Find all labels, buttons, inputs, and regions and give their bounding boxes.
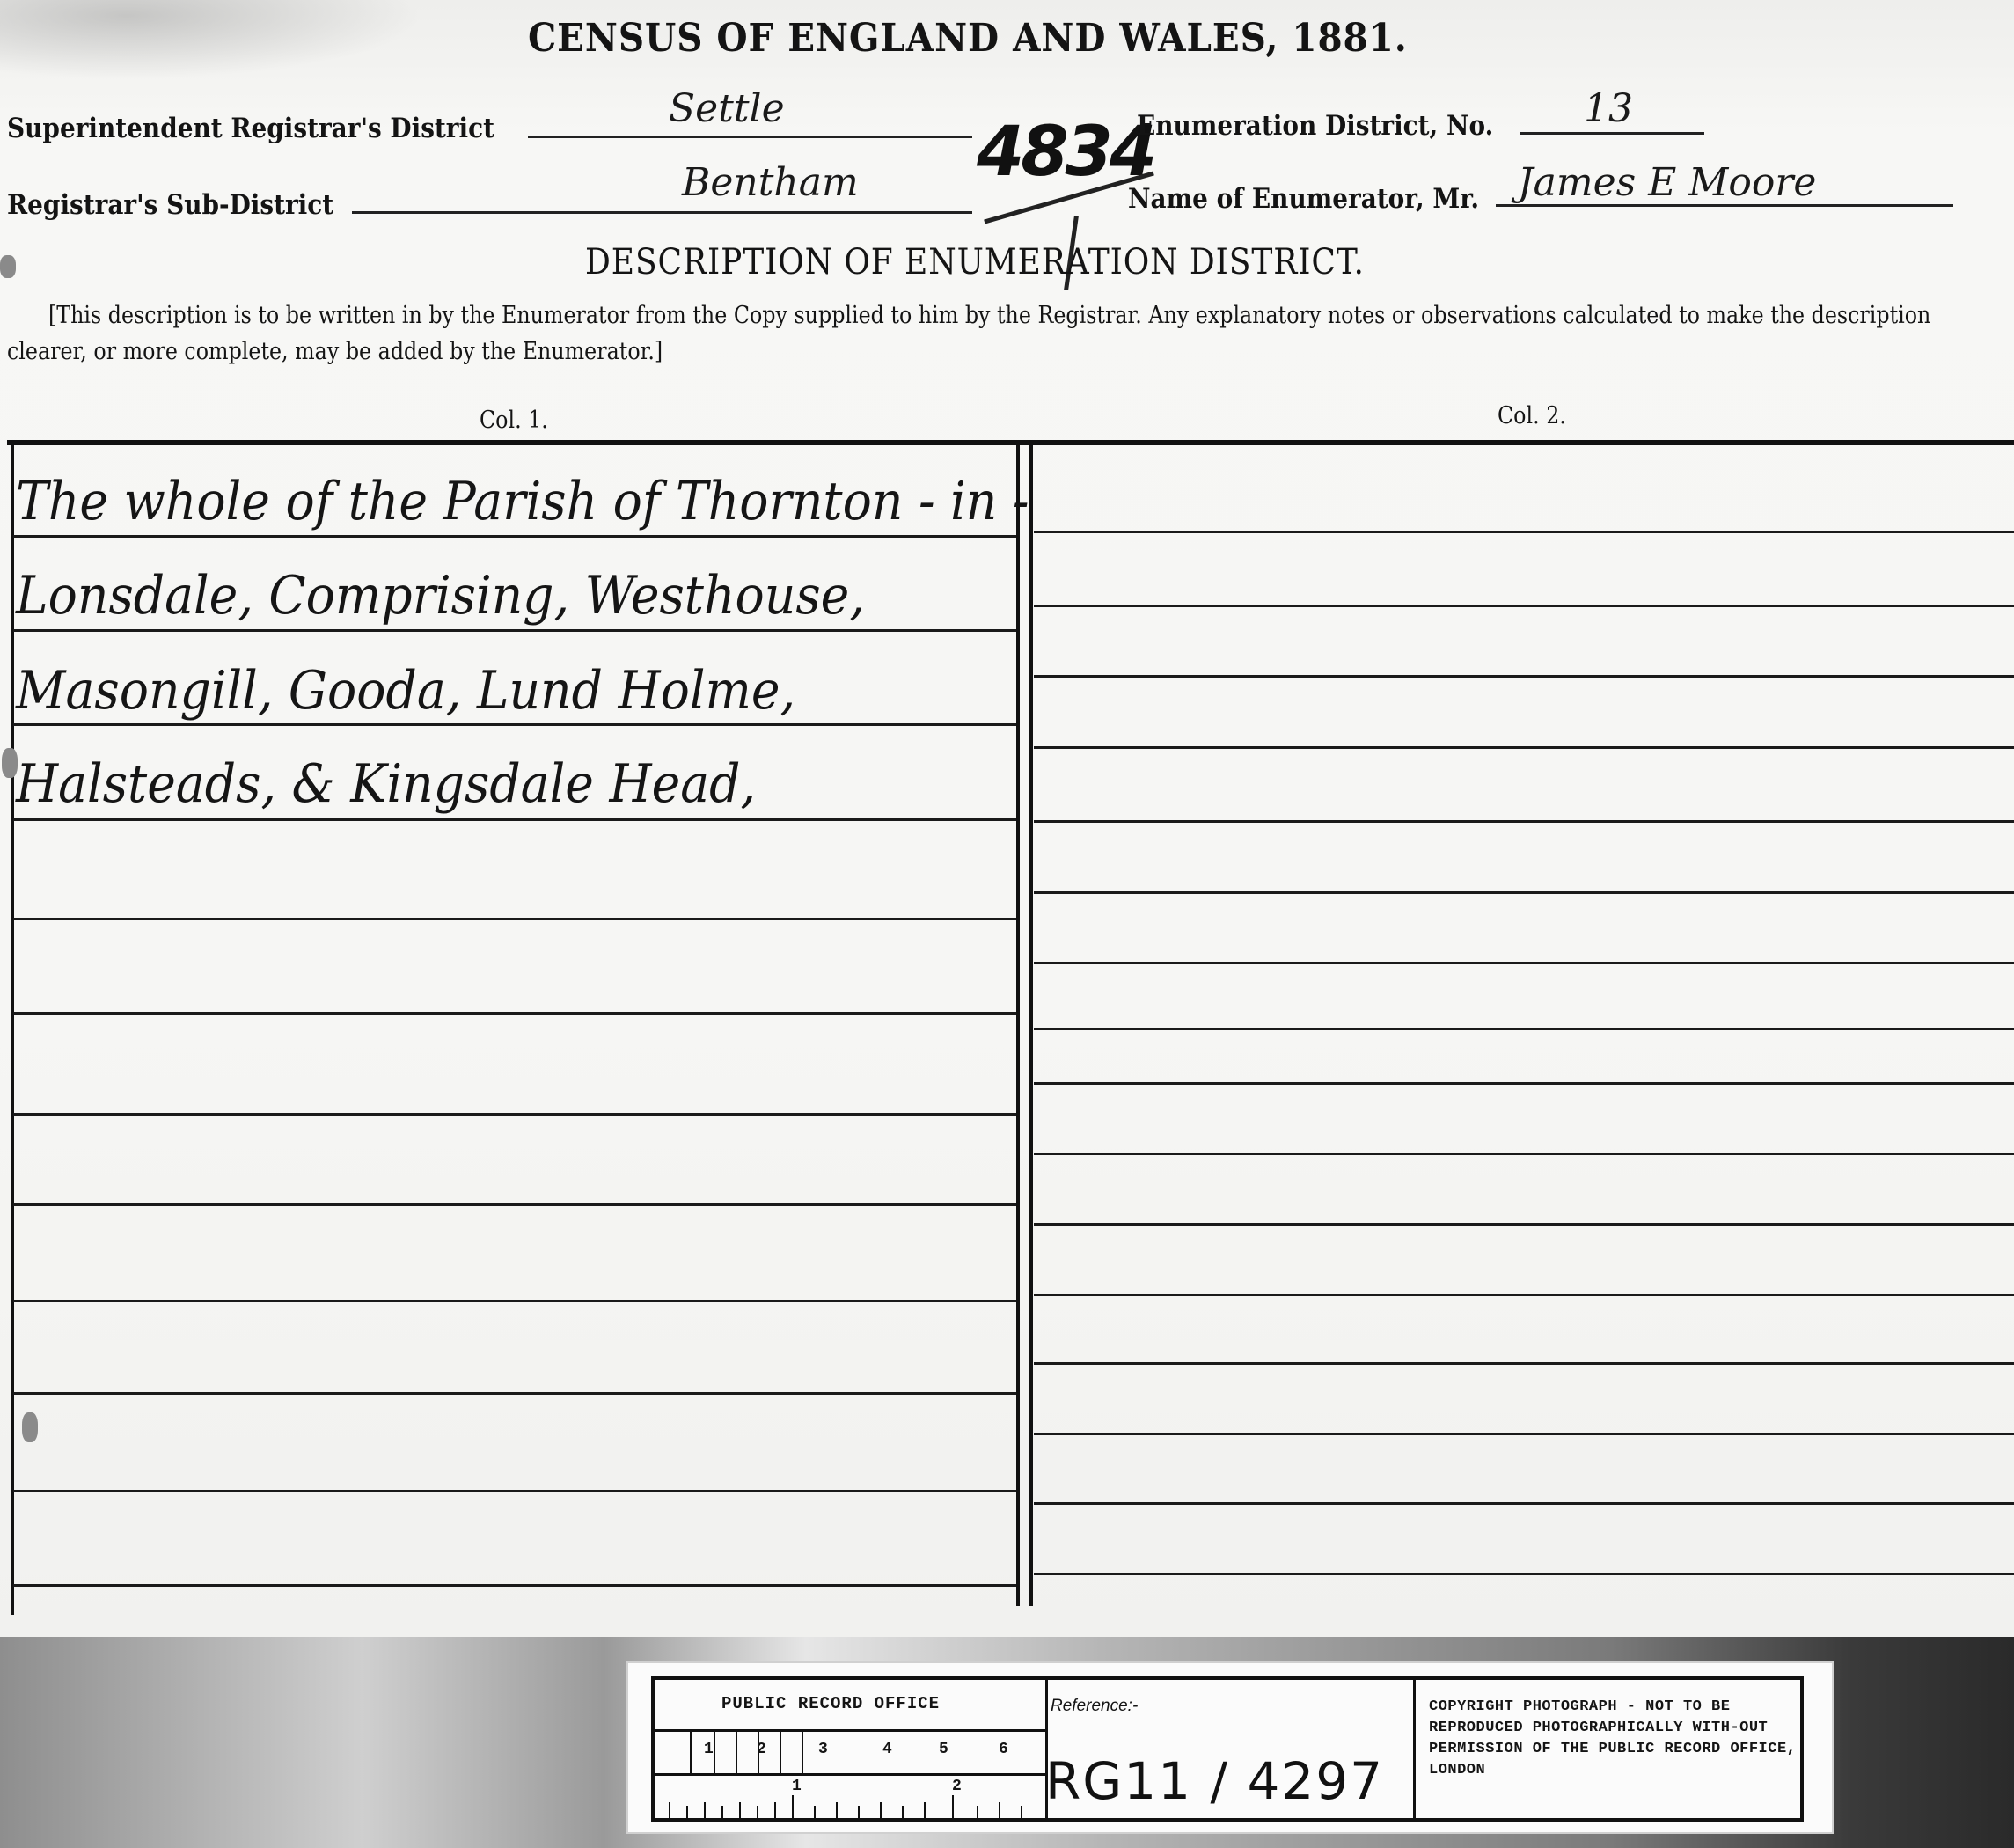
enumerator-label: Name of Enumerator, Mr.	[1128, 183, 1479, 215]
col2-rule	[1034, 891, 2014, 894]
scale-number: 2	[757, 1741, 766, 1758]
instructions-line-1: [This description is to be written in by…	[48, 302, 1930, 329]
col2-rule	[1034, 675, 2014, 678]
superintendent-district-underline	[528, 136, 972, 138]
table-top-rule	[7, 440, 2014, 445]
col2-rule	[1034, 1028, 2014, 1030]
col2-rule	[1034, 1502, 2014, 1505]
ruler-number: 1	[792, 1778, 802, 1795]
col1-rule	[13, 1392, 1016, 1395]
ruler-tick	[739, 1802, 741, 1818]
label-divider	[1413, 1680, 1416, 1818]
binding-tab	[2, 748, 18, 778]
col1-entry: Halsteads, & Kingsdale Head,	[16, 753, 756, 815]
scale-divider	[802, 1730, 803, 1774]
ruler-tick	[669, 1802, 670, 1818]
binding-tab	[0, 255, 16, 278]
col2-rule	[1034, 962, 2014, 964]
col2-rule	[1034, 1082, 2014, 1085]
office-title: PUBLIC RECORD OFFICE	[721, 1694, 940, 1713]
copyright-notice: COPYRIGHT PHOTOGRAPH - NOT TO BE REPRODU…	[1429, 1697, 1798, 1781]
scale-divider	[714, 1730, 715, 1774]
ruler-tick	[836, 1802, 838, 1818]
subdistrict-label: Registrar's Sub-District	[7, 189, 333, 221]
ruler-tick	[686, 1806, 688, 1818]
col2-rule	[1034, 1153, 2014, 1155]
col1-rule	[13, 1012, 1016, 1015]
census-page: CENSUS OF ENGLAND AND WALES, 1881. Super…	[0, 0, 2014, 1637]
superintendent-district-value: Settle	[669, 86, 785, 131]
col1-entry: Lonsdale, Comprising, Westhouse,	[16, 565, 865, 627]
scale-number: 6	[999, 1741, 1008, 1758]
ruler-tick	[814, 1806, 816, 1818]
ruler-number: 2	[952, 1778, 962, 1795]
reference-label: Reference:-	[1051, 1697, 1138, 1716]
enumerator-value: James E Moore	[1518, 160, 1816, 205]
scale-number: 4	[882, 1741, 892, 1758]
col1-rule	[13, 1584, 1016, 1587]
column-divider-left	[1016, 444, 1020, 1606]
scale-divider	[780, 1730, 781, 1774]
column-2-header: Col. 2.	[1498, 402, 1566, 429]
enumeration-district-underline	[1520, 132, 1704, 135]
ruler-tick	[757, 1806, 758, 1818]
ruler-tick	[999, 1802, 1000, 1818]
enumeration-district-value: 13	[1584, 86, 1633, 131]
subdistrict-value: Bentham	[682, 160, 859, 205]
col2-rule	[1034, 820, 2014, 823]
column-1-header: Col. 1.	[480, 407, 548, 434]
col1-rule	[13, 918, 1016, 920]
section-title: DESCRIPTION OF ENUMERATION DISTRICT.	[585, 242, 1365, 282]
scale-number: 5	[939, 1741, 948, 1758]
ruler-tick	[704, 1802, 706, 1818]
col1-rule	[13, 629, 1016, 632]
ruler-tick	[858, 1806, 860, 1818]
col2-rule	[1034, 1362, 2014, 1365]
col1-rule	[13, 1300, 1016, 1302]
col1-rule	[13, 1203, 1016, 1206]
ruler-tick	[902, 1806, 904, 1818]
scale-number: 3	[818, 1741, 828, 1758]
col1-entry: The whole of the Parish of Thornton - in…	[16, 471, 1029, 532]
col1-rule	[13, 1113, 1016, 1116]
ruler-tick	[924, 1802, 926, 1818]
col1-rule	[13, 535, 1016, 538]
col2-rule	[1034, 1433, 2014, 1435]
col1-rule	[13, 1490, 1016, 1492]
ruler-tick	[977, 1806, 978, 1818]
col1-entry: Masongill, Gooda, Lund Holme,	[16, 660, 795, 722]
ruler-tick	[721, 1806, 723, 1818]
reference-value: RG11 / 4297	[1045, 1751, 1384, 1811]
col2-rule	[1034, 746, 2014, 749]
instructions-line-2: clearer, or more complete, may be added …	[7, 338, 663, 365]
binding-tab	[22, 1412, 38, 1442]
page-title: CENSUS OF ENGLAND AND WALES, 1881.	[528, 16, 1408, 61]
superintendent-district-label: Superintendent Registrar's District	[7, 113, 494, 144]
scale-number: 1	[704, 1741, 714, 1758]
scale-divider	[690, 1730, 692, 1774]
scale-divider	[736, 1730, 737, 1774]
col1-rule	[13, 818, 1016, 821]
col2-rule	[1034, 1573, 2014, 1575]
enumeration-district-label: Enumeration District, No.	[1137, 110, 1493, 142]
ruler-tick	[792, 1795, 794, 1818]
subdistrict-underline	[352, 211, 972, 214]
scan-smudge	[0, 0, 422, 79]
ruler-tick	[880, 1802, 882, 1818]
col2-rule	[1034, 1294, 2014, 1296]
ruler-tick	[952, 1795, 954, 1818]
table-left-border	[11, 444, 14, 1615]
col2-rule	[1034, 605, 2014, 607]
col2-rule	[1034, 531, 2014, 533]
ruler-tick	[774, 1802, 776, 1818]
col1-rule	[13, 723, 1016, 726]
column-divider-right	[1029, 444, 1033, 1606]
ruler-tick	[1021, 1806, 1022, 1818]
col2-rule	[1034, 1223, 2014, 1226]
